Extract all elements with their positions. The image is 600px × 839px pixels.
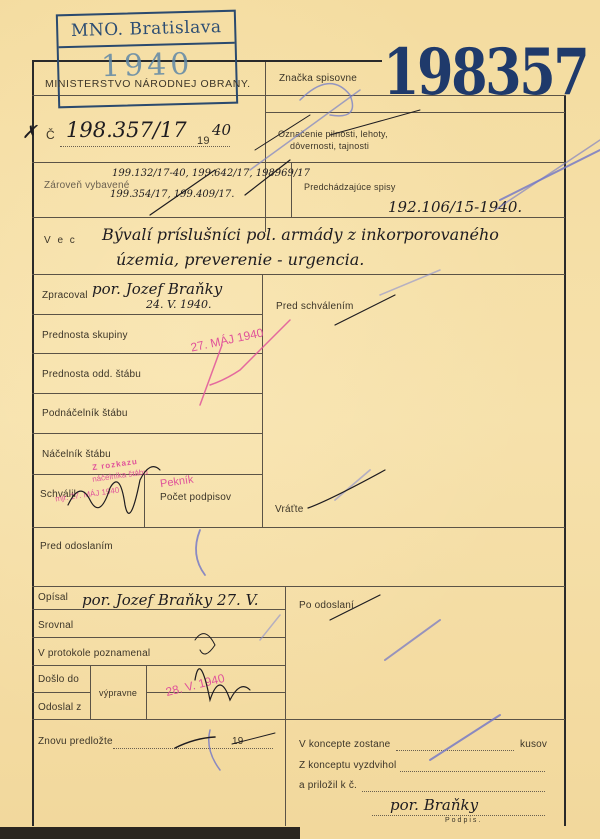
zpracoval-value-1: por. Jozef Braňky [92, 280, 222, 298]
cislo-year-value: 40 [212, 121, 231, 139]
vec-label: V e c [44, 235, 77, 246]
v-protokole-label: V protokole poznamenal [38, 648, 150, 659]
row-rule [32, 609, 285, 610]
pred-odoslanim-label: Pred odoslaním [40, 541, 113, 552]
znovu-predlozte-label: Znovu predložte [38, 736, 113, 747]
scan-edge [0, 827, 300, 839]
row-rule [32, 665, 285, 666]
znovu-predlozte-line [113, 748, 273, 749]
z-konceptu-line [400, 771, 545, 772]
row-rule [32, 719, 565, 720]
document-page: MNO. Bratislava 1940 MINISTERSTVO NÁRODN… [0, 0, 600, 839]
row-rule [32, 637, 285, 638]
schvalil-divider [144, 474, 145, 527]
date-stamp-2: 28. V. 1940 [164, 671, 226, 699]
pocet-podpisov-label: Počet podpisov [160, 492, 231, 503]
row-rule [32, 162, 565, 163]
predchadzajuce-spisy-value: 192.106/15-1940. [388, 198, 522, 216]
vec-line2: územia, preverenie - urgencia. [116, 250, 364, 269]
z-konceptu-label: Z konceptu vyzdvihol [299, 760, 396, 771]
doslo-do-label: Došlo do [38, 674, 79, 685]
row-rule [32, 586, 565, 587]
column-divider [285, 586, 286, 826]
podpis-line [372, 815, 545, 816]
row-rule [32, 274, 565, 275]
column-divider [262, 274, 263, 527]
form-right-border [564, 95, 566, 826]
row-rule [32, 527, 565, 528]
cislo-prefix-mark: ✗ [22, 122, 37, 143]
row-rule [32, 692, 90, 693]
predchadzajuce-spisy-label: Predchádzajúce spisy [304, 182, 396, 192]
ministry-title: MINISTERSTVO NÁRODNEJ OBRANY. [45, 78, 251, 90]
vratte-label: Vráťte [275, 504, 303, 515]
oznacenie-label-2: dôvernosti, tajnosti [290, 141, 369, 151]
mno-bratislava-stamp: MNO. Bratislava 1940 [56, 10, 238, 109]
podnacelnik-stabu-label: Podnáčelník štábu [42, 408, 128, 419]
opisal-value: por. Jozef Braňky 27. V. [82, 591, 259, 609]
odoslal-z-label: Odoslal z [38, 702, 82, 713]
opisal-label: Opísal [38, 592, 68, 603]
zpracoval-value-2: 24. V. 1940. [146, 298, 212, 311]
stamp-office: MNO. Bratislava [58, 12, 235, 49]
header-divider [265, 62, 266, 232]
row-rule [32, 314, 262, 315]
znacka-spisovne-label: Značka spisovne [279, 73, 357, 84]
podpis-label: Podpis. [445, 817, 482, 824]
vec-line1: Bývalí príslušníci pol. armády z inkorpo… [102, 225, 499, 244]
date-stamp-1: 27. MÁJ 1940 [189, 325, 264, 354]
v-koncepte-suffix: kusov [520, 739, 547, 750]
zpracoval-label: Zpracoval [42, 290, 88, 301]
row-rule [32, 433, 262, 434]
row-rule [32, 353, 262, 354]
registry-number-stamp: 198357 [383, 38, 587, 108]
prilozil-label: a priložil k č. [299, 780, 357, 791]
vypravne-divider-left [90, 665, 91, 719]
row-rule [32, 217, 565, 218]
zaroven-vybavene-line2: 199.354/17, 199.409/17. [110, 189, 234, 200]
po-odoslani-label: Po odoslaní [299, 600, 354, 611]
row-divider [291, 162, 292, 217]
prednosta-skupiny-label: Prednosta skupiny [42, 330, 128, 341]
cislo-label: Č [46, 128, 55, 142]
order-stamp-name: Pekník [159, 474, 194, 491]
prilozil-line [362, 791, 545, 792]
srovnal-label: Srovnal [38, 620, 73, 631]
podpis-signature: por. Braňky [390, 796, 478, 814]
vypravne-label: výpravne [99, 688, 137, 698]
prednosta-odd-stabu-label: Prednosta odd. štábu [42, 369, 141, 380]
znovu-predlozte-year: 19 [232, 736, 244, 747]
row-rule [32, 393, 262, 394]
zaroven-vybavene-line1: 199.132/17-40, 199.642/17, 198969/17 [112, 168, 310, 179]
form-left-border [32, 60, 34, 826]
row-rule [265, 112, 565, 113]
pred-schvalenim-label: Pred schválením [276, 301, 353, 312]
v-koncepte-label: V koncepte zostane [299, 739, 390, 750]
oznacenie-label-1: Označenie pilnosti, lehoty, [278, 129, 388, 139]
v-koncepte-line [396, 750, 514, 751]
cislo-value: 198.357/17 [66, 118, 187, 142]
cislo-year-label: 19 [197, 135, 210, 147]
nacelnik-stabu-label: Náčelník štábu [42, 449, 111, 460]
